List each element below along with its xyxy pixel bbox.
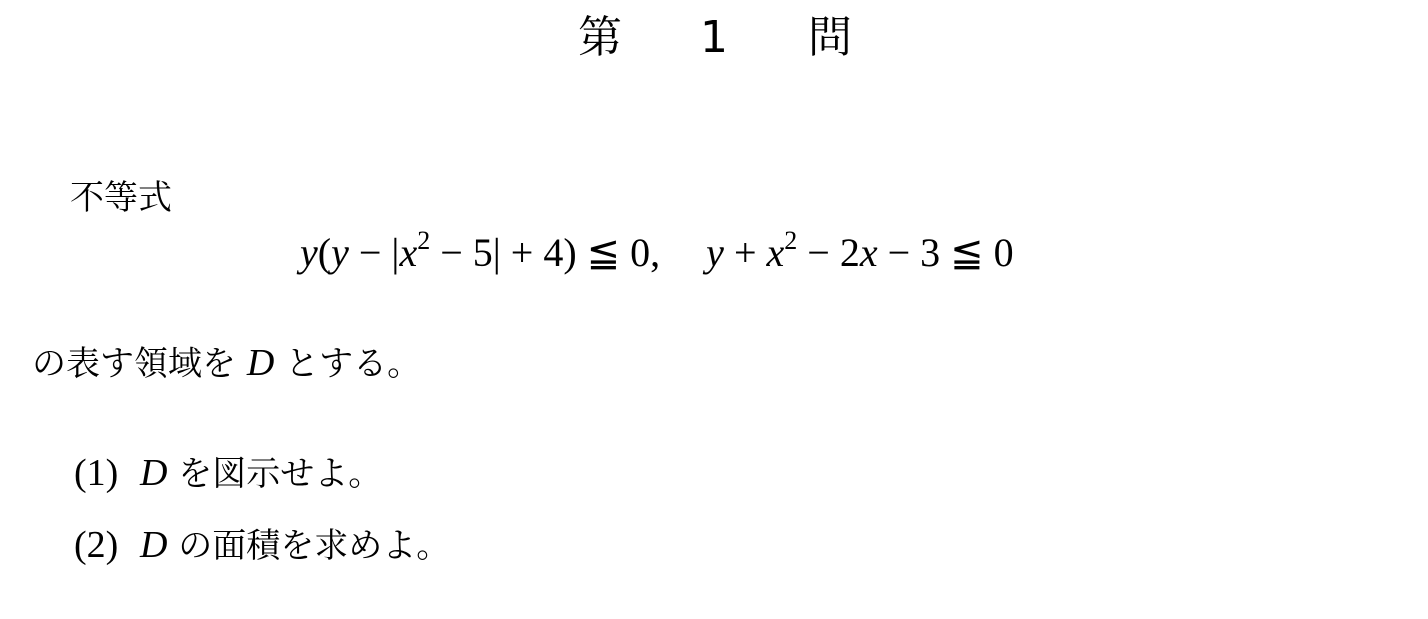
- inequality-system: y(y − |x2 − 5| + 4) ≦ 0,y + x2 − 2x − 3 …: [300, 228, 1014, 278]
- title-dai: 第: [578, 10, 622, 66]
- question-2: (2) D の面積を求めよ。: [74, 520, 450, 570]
- inequality-2: y + x2 − 2x − 3 ≦ 0: [706, 230, 1014, 275]
- title-mon: 問: [808, 10, 852, 66]
- title-number: 1: [700, 10, 728, 66]
- question-1: (1) D を図示せよ。: [74, 448, 382, 498]
- region-definition: の表す領域を D とする。: [32, 338, 421, 388]
- inequality-1: y(y − |x2 − 5| + 4) ≦ 0,: [300, 230, 660, 275]
- intro-text: 不等式: [70, 176, 172, 220]
